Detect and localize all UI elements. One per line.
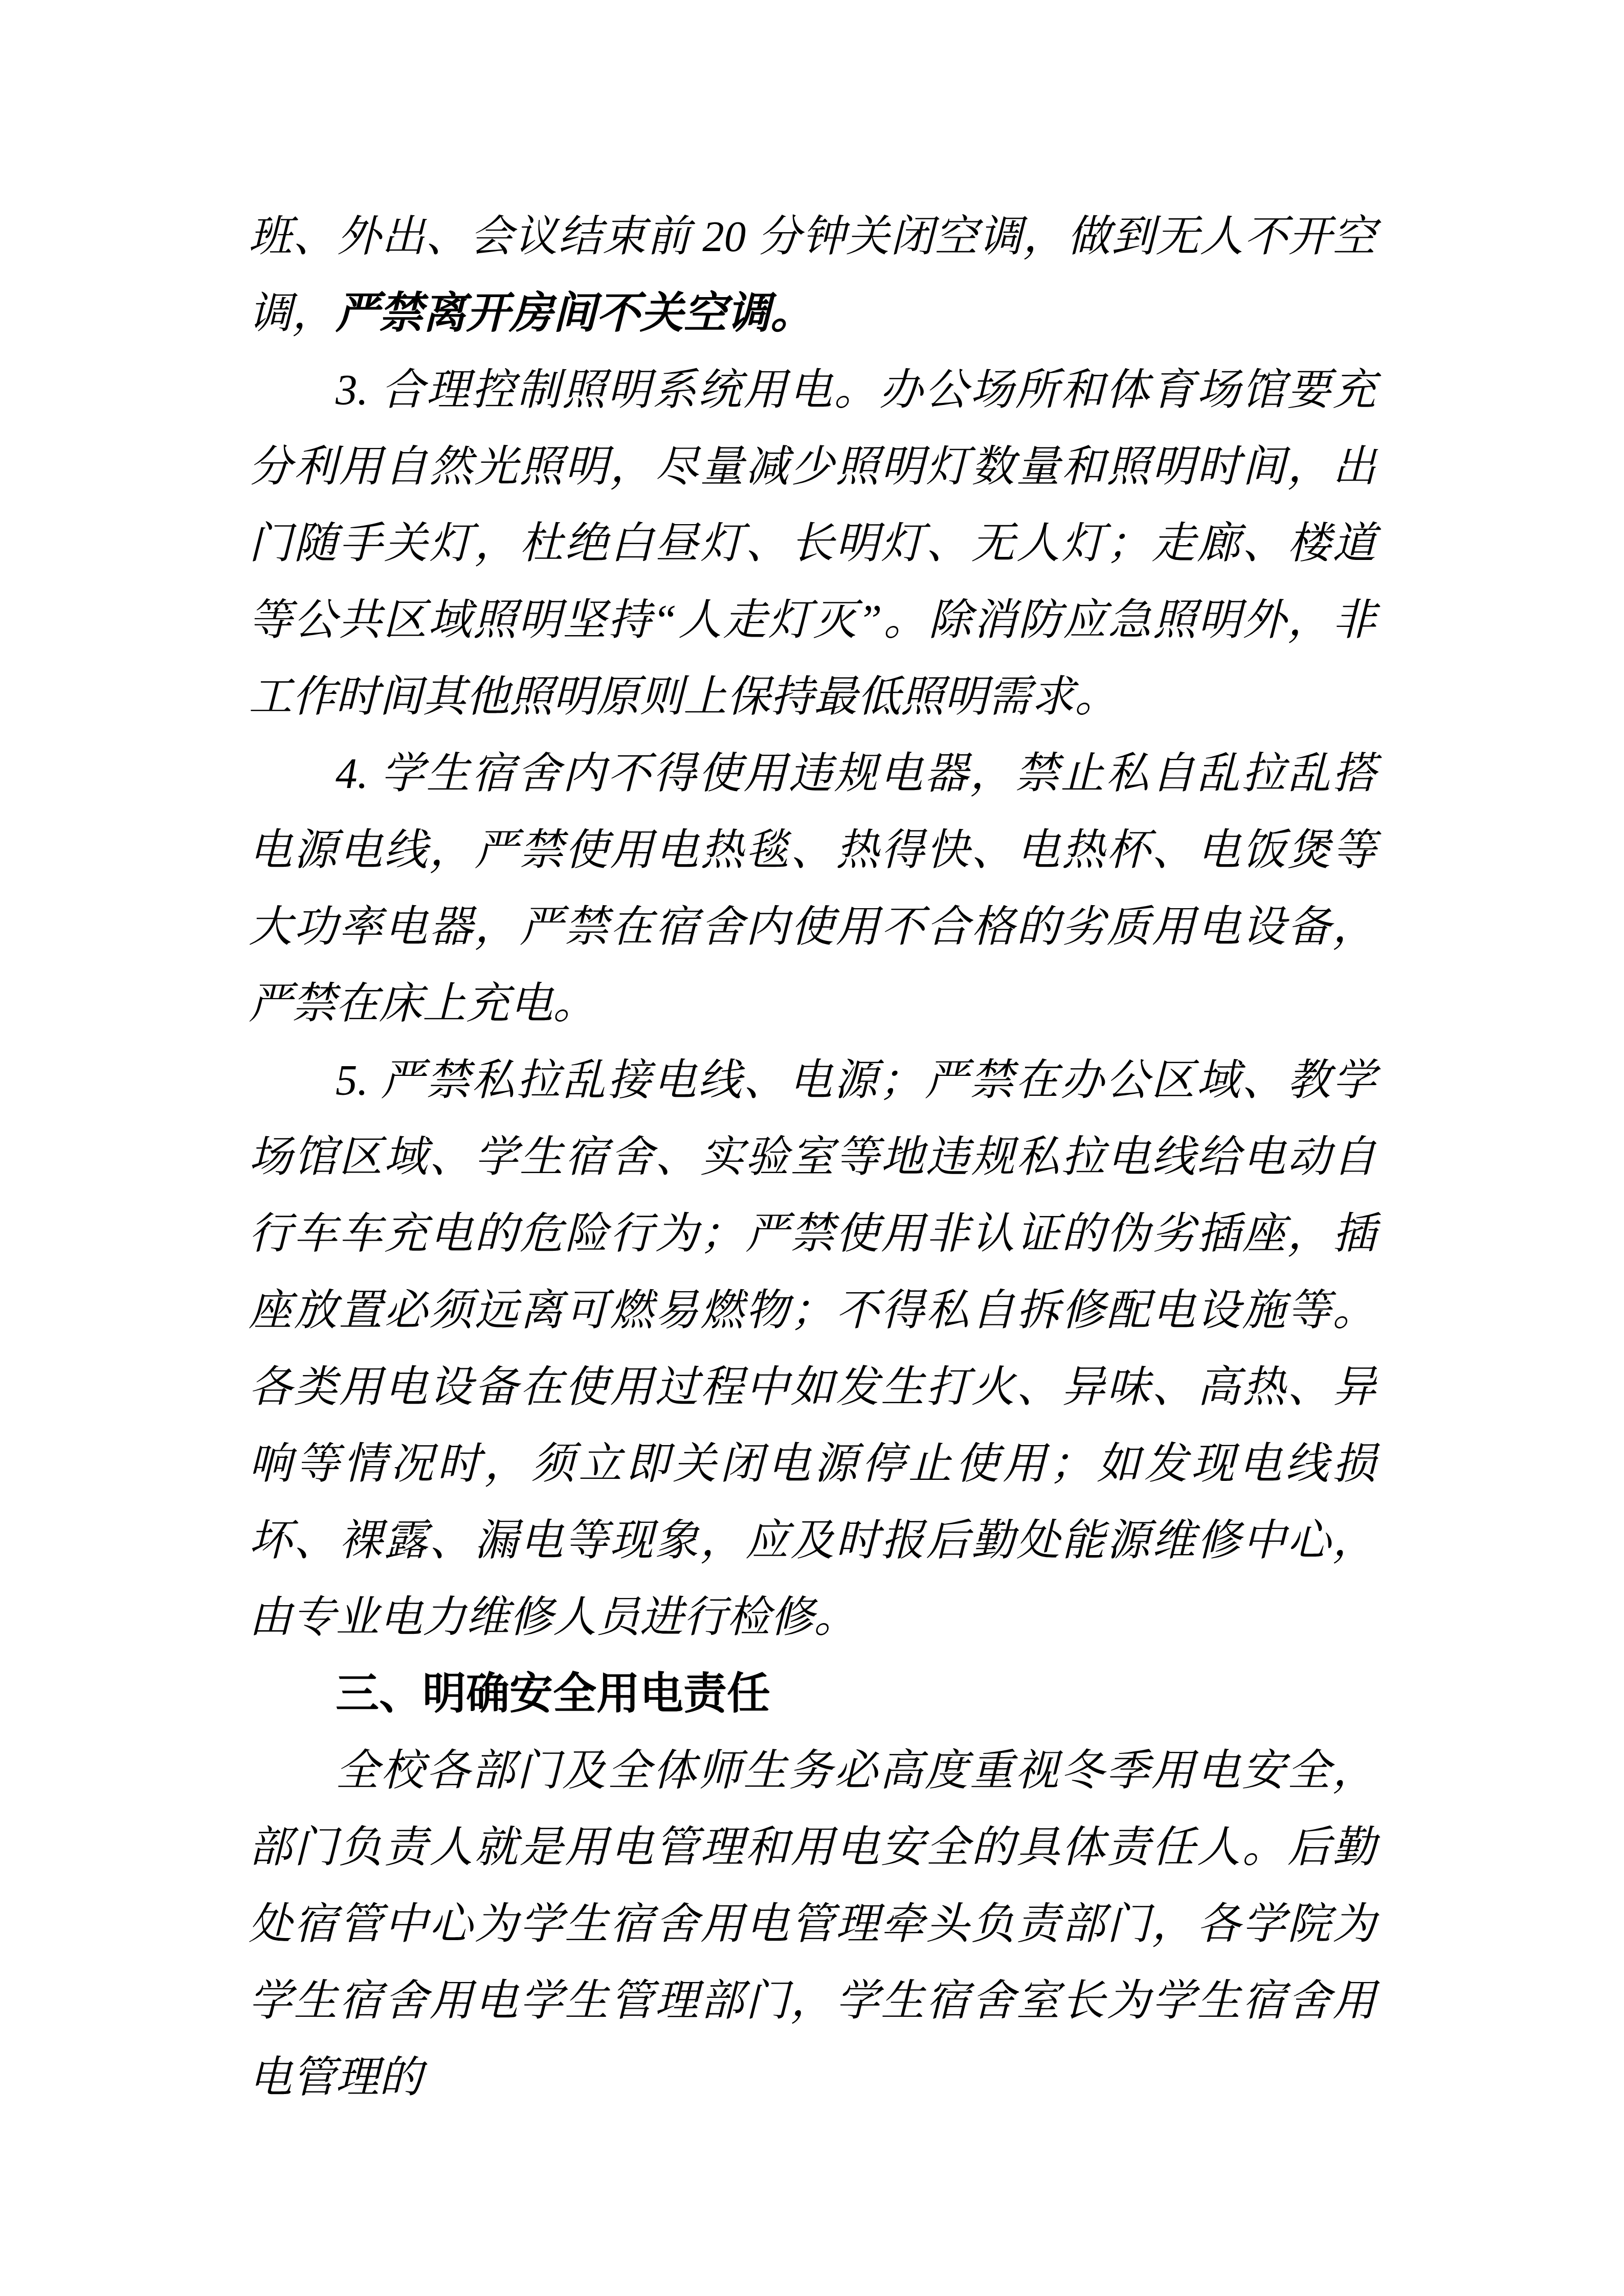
paragraph-air-conditioning-continuation: 班、外出、会议结束前 20 分钟关闭空调，做到无人不开空调，严禁离开房间不关空调… [249,198,1376,352]
paragraph-item-5-private-wiring: 5. 严禁私拉乱接电线、电源；严禁在办公区域、教学场馆区域、学生宿舍、实验室等地… [249,1042,1376,1656]
paragraph-item-3-lighting: 3. 合理控制照明系统用电。办公场所和体育场馆要充分利用自然光照明，尽量减少照明… [249,352,1376,735]
paragraph-text-bold-emphasis: 严禁离开房间不关空调。 [336,289,814,337]
paragraph-item-4-dorm-appliances: 4. 学生宿舍内不得使用违规电器，禁止私自乱拉乱搭电源电线，严禁使用电热毯、热得… [249,735,1376,1042]
section-heading-safety-responsibility: 三、明确安全用电责任 [249,1656,1376,1732]
paragraph-responsibility-intro: 全校各部门及全体师生务必高度重视冬季用电安全，部门负责人就是用电管理和用电安全的… [249,1732,1376,2116]
document-page: 班、外出、会议结束前 20 分钟关闭空调，做到无人不开空调，严禁离开房间不关空调… [0,0,1624,2296]
document-body-text: 班、外出、会议结束前 20 分钟关闭空调，做到无人不开空调，严禁离开房间不关空调… [249,198,1376,2116]
